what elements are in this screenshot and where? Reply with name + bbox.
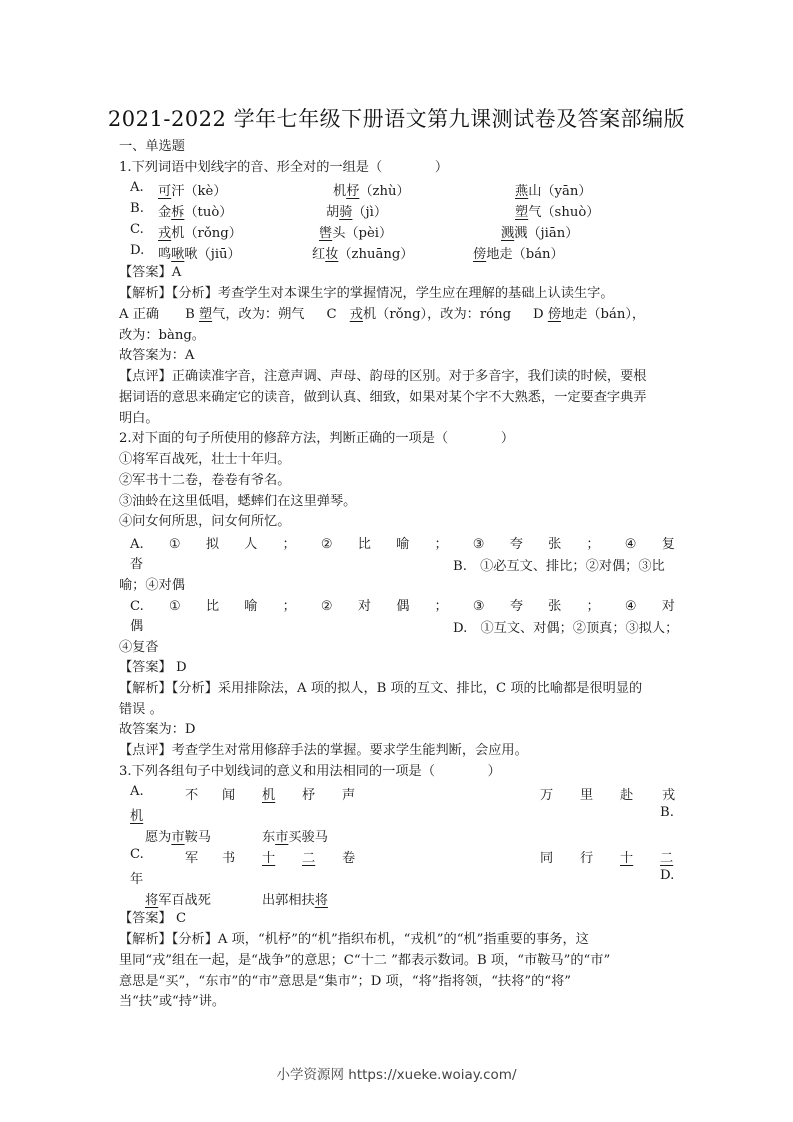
question-3-option-d-letter: D. [660, 868, 674, 883]
question-3-option-d-first: 将军百战死 [145, 889, 211, 908]
option-letter: B. [130, 201, 144, 216]
question-1-analysis-cont: 改为：bàng。 [119, 326, 675, 347]
option-letter: C. [130, 222, 144, 237]
option-item: 红妆（zhuāng） [312, 243, 413, 262]
question-1-answer: 【答案】A [119, 263, 675, 284]
option-letter: D. [130, 243, 144, 258]
question-2-sentence: ④问女何所思，问女何所忆。 [119, 512, 675, 533]
option-item: 溅溅（jiān） [501, 222, 578, 241]
question-3-answer: 【答案】 C [119, 909, 675, 930]
question-3-option-a-word: 赴 [620, 784, 633, 803]
option-item: 塑气（shuò） [515, 201, 599, 220]
question-2-option-c: C.①比喻；②对偶；③夸张；④对 [130, 597, 675, 618]
option-item: 燕山（yān） [515, 180, 592, 199]
question-1-final-answer: 故答案为：A [119, 346, 675, 367]
question-3-option-c-word: 行 [580, 847, 593, 866]
document-page: 2021-2022 学年七年级下册语文第九课测试卷及答案部编版 一、单选题 1.… [0, 0, 793, 1122]
question-2-sentence: ②军书十二卷，卷卷有爷名。 [119, 471, 675, 492]
question-2-analysis: 【解析】【分析】采用排除法，A 项的拟人，B 项的互文、排比，C 项的比喻都是很… [119, 679, 675, 700]
question-3-option-c-underlined: 二 [660, 847, 675, 866]
option-item: 可汗（kè） [158, 180, 227, 199]
question-3-option-c-word: 军 [185, 847, 198, 866]
question-3-option-c-word: 卷 [342, 847, 355, 866]
question-3-option-c-underlined: 十 [262, 847, 302, 866]
question-3-option-a-cont: 机 [130, 805, 143, 824]
question-3-option-a-underlined: 机 [262, 784, 302, 803]
question-3-option-a-word: 里 [580, 784, 593, 803]
question-3-analysis: 【解析】【分析】A 项，“机杼”的“机”指织布机，“戎机”的“机”指重要的事务，… [119, 930, 675, 951]
footer-watermark: 小学资源网 https://xueke.woiay.com/ [0, 1063, 793, 1083]
question-3-option-a-word: 不 [185, 784, 198, 803]
question-2-analysis: 错误 。 [119, 700, 675, 721]
question-3-option-a-word: 闻 [222, 784, 235, 803]
option-item: 戎机（rǒng） [158, 222, 242, 241]
question-3-analysis: 意思是“买”，“东市”的“市”意思是“集市”；D 项，“将”指将领，“扶将”的“… [119, 972, 675, 993]
option-item: 机杼（zhù） [333, 180, 410, 199]
question-2-final-answer: 故答案为：D [119, 720, 675, 741]
question-3-option-b-second: 东市买骏马 [262, 826, 328, 845]
question-2-option-d: D. ①互文、对偶；②顶真；③拟人； [453, 617, 678, 636]
question-2-option-b: B. ①必互文、排比；②对偶；③比 [453, 555, 665, 574]
question-3-option-a-word: 声 [342, 784, 355, 803]
question-3-stem: 3.下列各组句子中划线词的意义和用法相同的一项是（ ） [119, 762, 675, 783]
question-3-option-c-word: 书 [222, 847, 235, 866]
question-3-option-a-word: 戎 [662, 784, 675, 803]
question-2-sentence: ③油蛉在这里低唱，蟋蟀们在这里弹琴。 [119, 492, 675, 513]
question-2-option-a: A.①拟人；②比喻；③夸张；④复 [130, 535, 675, 556]
question-2-option-b-cont: 喻；④对偶 [119, 576, 675, 597]
question-3-option-c-cont: 年 [130, 868, 143, 887]
question-3-analysis: 里同“戎”组在一起，是“战争”的意思；C“十二 ”都表示数词。B 项，“市鞍马”… [119, 951, 675, 972]
question-3-option-a-word: 万 [540, 784, 553, 803]
option-item: 辔头（pèi） [319, 222, 392, 241]
question-2-comment: 【点评】考查学生对常用修辞手法的掌握。要求学生能判断，会应用。 [119, 741, 675, 762]
question-3-option-c-underlined: 二 [302, 847, 342, 866]
question-2-answer: 【答案】 D [119, 658, 675, 679]
question-1-comment: 据词语的意思来确定它的读音，做到认真、细致，如果对某个字不大熟悉，一定要查字典弄 [119, 388, 675, 409]
question-1-stem: 1.下列词语中划线字的音、形全对的一组是（ ） [119, 158, 675, 179]
option-letter: A. [130, 180, 144, 195]
question-1-comment: 【点评】正确读准字音，注意声调、声母、韵母的区别。对于多音字，我们读的时候，要根 [119, 367, 675, 388]
question-3-option-d-second: 出郭相扶将 [262, 889, 328, 908]
question-2-option-d-cont: ④复沓 [119, 638, 675, 659]
question-3-option-c-underlined: 十 [620, 847, 660, 866]
question-1-comment: 明白。 [119, 409, 675, 430]
question-3-option-c-word: 同 [540, 847, 553, 866]
question-3-option-a-letter: A. [130, 784, 144, 799]
option-item: 傍地走（bán） [473, 243, 564, 262]
document-title: 2021-2022 学年七年级下册语文第九课测试卷及答案部编版 [0, 103, 793, 133]
option-item: 金柝（tuò） [158, 201, 232, 220]
section-heading: 一、单选题 [119, 137, 675, 158]
option-item: 鸣啾啾（jiū） [158, 243, 241, 262]
option-item: 胡骑（jì） [326, 201, 387, 220]
question-2-sentence: ①将军百战死，壮士十年归。 [119, 450, 675, 471]
question-3-analysis: 当“扶”或“持”讲。 [119, 992, 675, 1013]
question-3-option-a-word: 杼 [302, 784, 315, 803]
question-1-analysis: 【解析】【分析】考查学生对本课生字的掌握情况，学生应在理解的基础上认读生字。 [119, 284, 675, 305]
question-3-option-b-first: 愿为市鞍马 [145, 826, 211, 845]
question-1-analysis-detail: A 正确B 塑气，改为：朔气C 戎机（rǒng），改为：róngD 傍地走（bá… [119, 305, 675, 326]
question-2-stem: 2.对下面的句子所使用的修辞方法，判断正确的一项是（ ） [119, 429, 675, 450]
question-3-option-c-letter: C. [130, 847, 144, 862]
question-3-option-b-letter: B. [660, 805, 674, 820]
